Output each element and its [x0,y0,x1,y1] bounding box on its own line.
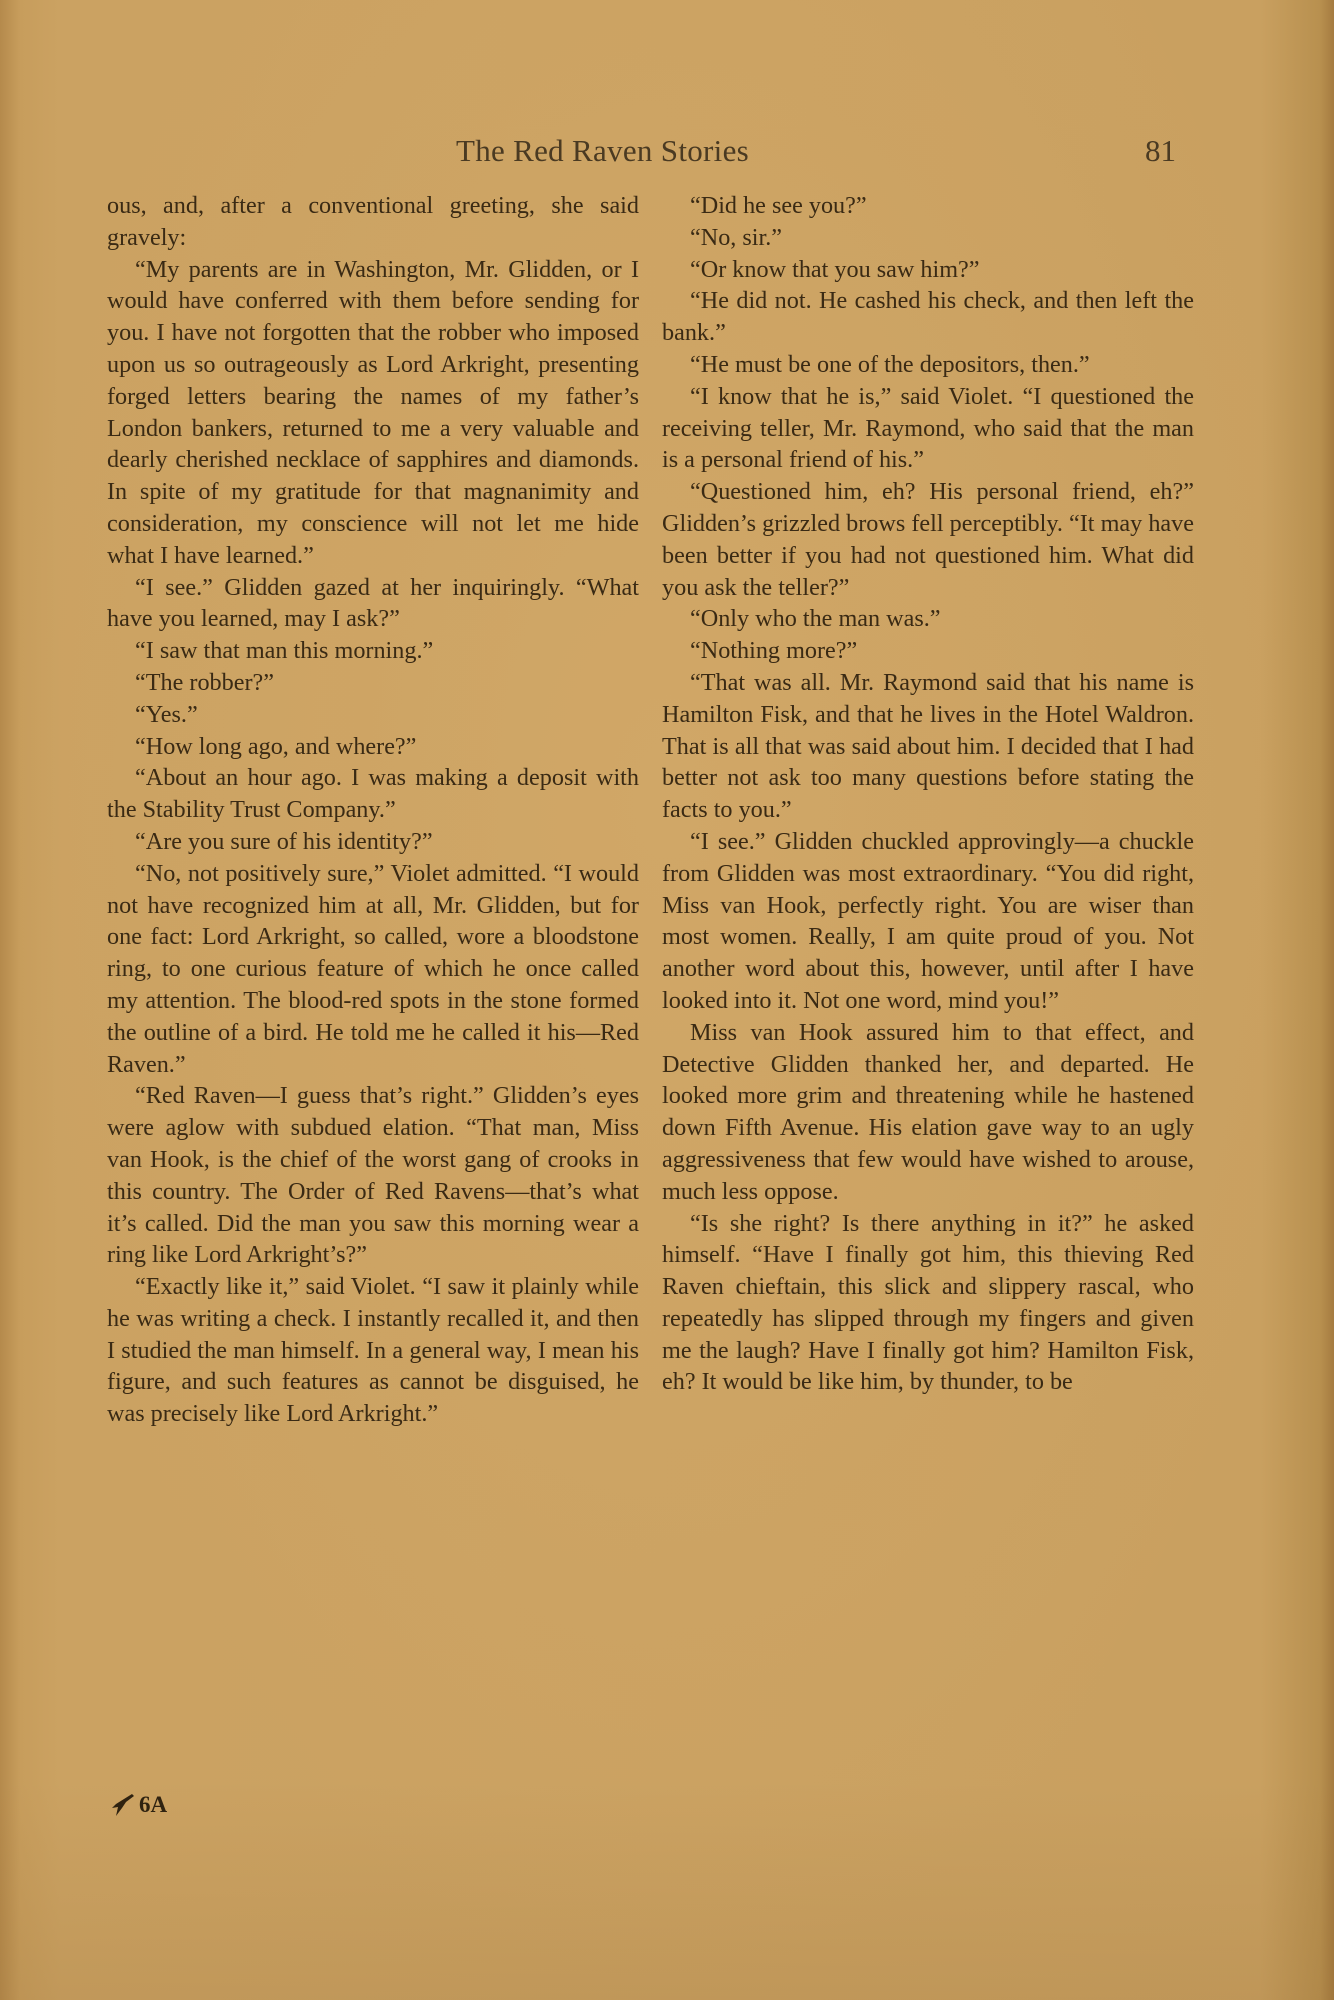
paragraph: “He must be one of the depositors, then.… [662,349,1194,381]
paragraph: “Is she right? Is there anything in it?”… [662,1208,1194,1399]
running-title: The Red Raven Stories [456,133,749,169]
paragraph: “Nothing more?” [662,635,1194,667]
paragraph: “Yes.” [107,699,639,731]
paragraph: “Only who the man was.” [662,603,1194,635]
paragraph: “I know that he is,” said Violet. “I que… [662,381,1194,476]
page-number: 81 [1145,133,1176,169]
paragraph: “I see.” Glidden chuckled approv­ingly—a… [662,826,1194,1017]
paragraph: “No, sir.” [662,222,1194,254]
book-page: The Red Raven Stories 81 ous, and, after… [0,0,1334,2000]
paragraph: “How long ago, and where?” [107,731,639,763]
raven-mark-icon [110,1792,136,1818]
signature-label: 6A [139,1792,167,1818]
running-head: The Red Raven Stories 81 [456,133,1176,173]
paragraph: “Red Raven—I guess that’s right.” Glidde… [107,1080,639,1271]
paragraph: “About an hour ago. I was making a depos… [107,762,639,826]
paragraph: “Or know that you saw him?” [662,254,1194,286]
paragraph: Miss van Hook assured him to that effect… [662,1017,1194,1208]
paragraph: “Exactly like it,” said Violet. “I saw i… [107,1271,639,1430]
paragraph: “That was all. Mr. Raymond said that his… [662,667,1194,826]
right-column: “Did he see you?” “No, sir.” “Or know th… [662,190,1194,1398]
paragraph: “Are you sure of his identity?” [107,826,639,858]
paragraph: “The robber?” [107,667,639,699]
paragraph: “I saw that man this morning.” [107,635,639,667]
paragraph: “He did not. He cashed his check, and th… [662,285,1194,349]
left-column: ous, and, after a conventional greeting,… [107,190,639,1430]
signature-mark: 6A [110,1792,167,1818]
paragraph: “Questioned him, eh? His personal friend… [662,476,1194,603]
paragraph: ous, and, after a conventional greeting,… [107,190,639,254]
paragraph: “I see.” Glidden gazed at her in­quiring… [107,572,639,636]
paragraph: “No, not positively sure,” Violet ad­mit… [107,858,639,1081]
paragraph: “My parents are in Washington, Mr. Glidd… [107,254,639,572]
paragraph: “Did he see you?” [662,190,1194,222]
